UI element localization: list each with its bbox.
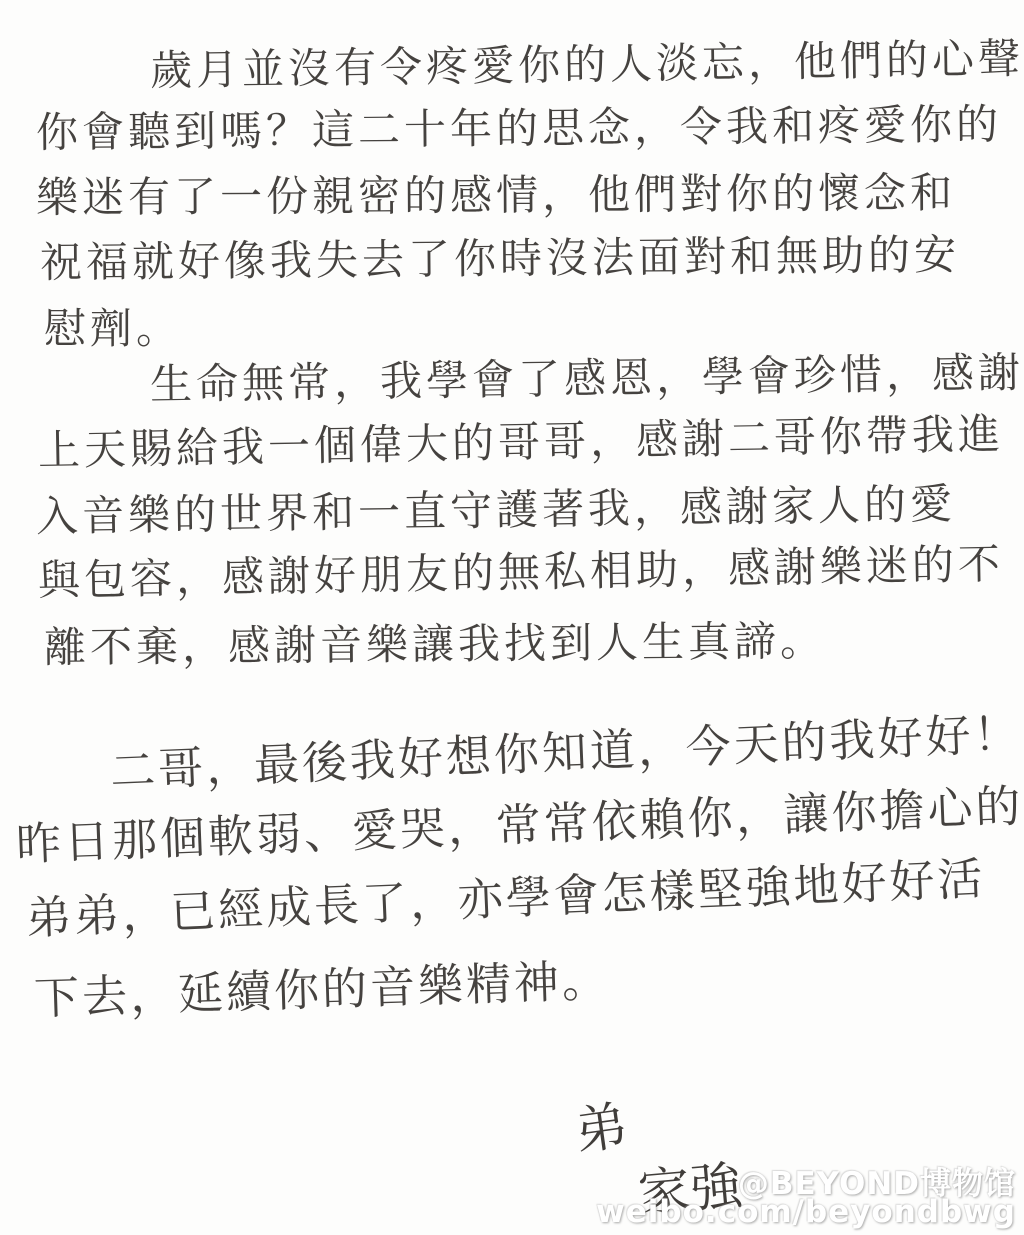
signature-prefix: 弟 [570, 1083, 632, 1165]
letter-line: 離不棄，感謝音樂讓我找到人生真諦。 [44, 608, 827, 675]
letter-line: 上天賜給我一個偉大的哥哥，感謝二哥你帶我進 [37, 401, 1004, 478]
letter-line: 慰劑。 [44, 296, 182, 356]
letter-line: 入音樂的世界和一直守護著我，感謝家人的愛 [36, 471, 957, 544]
letter-line: 你會聽到嗎？這二十年的思念，令我和疼愛你的 [36, 92, 1003, 160]
letter-line: 與包容，感謝好朋友的無私相助，感謝樂迷的不 [37, 531, 1004, 608]
watermark-url: weibo.com/beyondbwg [596, 1194, 1016, 1230]
letter-line: 生命無常，我學會了感恩，學會珍惜，感謝 [150, 340, 1024, 412]
letter-line: 祝福就好像我失去了你時沒法面對和無助的安 [40, 222, 961, 290]
letter-line: 下去，延續你的音樂精神。 [33, 944, 611, 1027]
letter-paper: 歲月並沒有令疼愛你的人淡忘，他們的心聲 你會聽到嗎？這二十年的思念，令我和疼愛你… [0, 0, 1024, 1235]
letter-line: 樂迷有了一份親密的感情，他們對你的懷念和 [36, 160, 956, 225]
letter-line: 歲月並沒有令疼愛你的人淡忘，他們的心聲 [150, 26, 1024, 98]
